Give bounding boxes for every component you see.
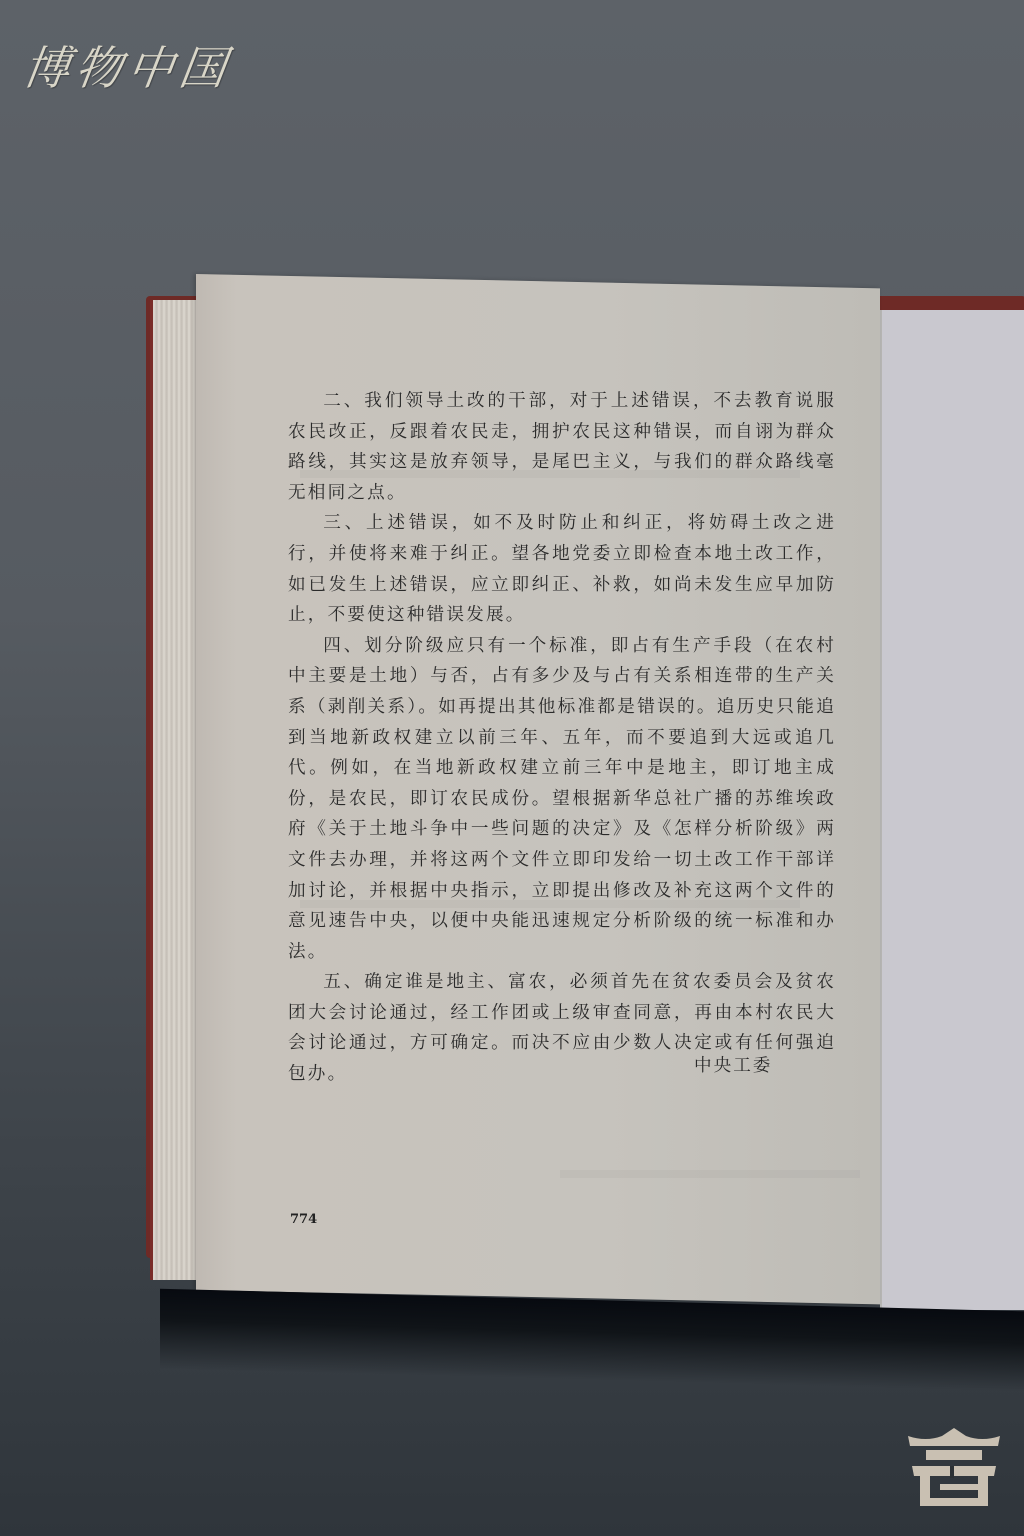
document-body: 二、我们领导土改的干部，对于上述错误，不去教育说服农民改正，反跟着农民走，拥护农… <box>288 386 836 1090</box>
show-through <box>560 1170 860 1178</box>
signature: 中央工委 <box>694 1052 772 1077</box>
page-number: 774 <box>290 1212 317 1227</box>
right-page <box>880 310 1024 1310</box>
paragraph-4: 四、划分阶级应只有一个标准，即占有生产手段（在农村中主要是土地）与否，占有多少及… <box>288 631 836 968</box>
pagoda-logo-icon <box>906 1426 1002 1510</box>
paragraph-2: 二、我们领导土改的干部，对于上述错误，不去教育说服农民改正，反跟着农民走，拥护农… <box>288 386 836 508</box>
watermark-logo-text: 博物中国 <box>19 32 236 98</box>
paragraph-3: 三、上述错误，如不及时防止和纠正，将妨碍土改之进行，并使将来难于纠正。望各地党委… <box>288 508 836 630</box>
